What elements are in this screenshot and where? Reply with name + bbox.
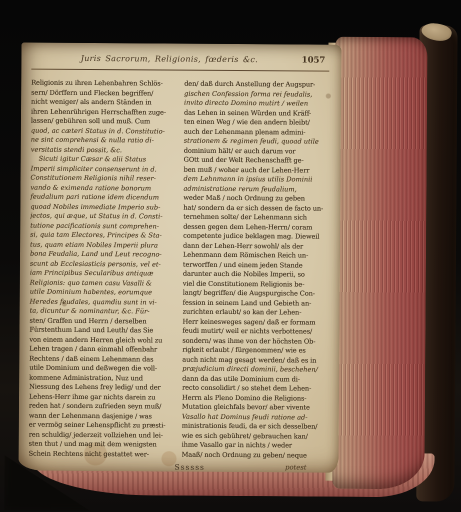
book-page: Juris Sacrorum, Religionis, fœderis &c. … (18, 43, 341, 473)
text-line: zurichten erlaubt/ so kan der Lehen- (183, 308, 327, 319)
text-line: ten einen Weg / wie den andern bleibt/ (184, 118, 328, 129)
text-line: Religionis zu ihren Lehenbahren Schlös- (31, 79, 175, 90)
text-line: Maaß/ noch Ordnung zu geben/ neque (182, 450, 326, 461)
text-line: reden hat / sondern zufrieden seyn muß/ (29, 402, 173, 413)
running-header: Juris Sacrorum, Religionis, fœderis &c. … (33, 54, 327, 68)
text-line: sten thut / und mag mit dem wenigsten (29, 440, 173, 451)
text-line: ternehmen solte/ der Lehenmann sich (183, 213, 327, 224)
text-line: Sicuti igitur Cæsar & alii Status (31, 155, 175, 166)
text-line: invito directo Domino mutirt / weilen (184, 99, 328, 110)
text-column-left: Religionis zu ihren Lehenbahren Schlös-s… (29, 79, 176, 460)
text-line: er vermög seiner Lehenspflicht zu præsti… (29, 421, 173, 432)
text-line: Fürstenthum Land und Leuth/ das Sie (29, 326, 173, 337)
header-rule (31, 69, 329, 72)
text-line: Mutation gleichfals bevor/ aber vivente (182, 403, 326, 414)
text-line: recto consolidirt / so stehet dem Lehen- (182, 384, 326, 395)
running-title: Juris Sacrorum, Religionis, fœderis &c. (67, 54, 271, 64)
text-line: bona Feudalia, Land und Leut recogno- (30, 250, 174, 261)
page-footer: Ssssss potest (174, 462, 306, 473)
text-line: den/ daß durch Anstellung der Augspur- (184, 80, 328, 91)
text-line: utile Dominium habentes, eorumque (30, 288, 174, 299)
text-line: utile Dominium und deßwegen die voll- (29, 364, 173, 375)
text-line: ministrationis feudi, da er sich desselb… (182, 422, 326, 433)
page-number: 1057 (302, 55, 326, 65)
text-line: Schein Rechtens nicht gestattet wer- (29, 449, 173, 460)
text-line: weder Maß / noch Ordnung zu geben (183, 194, 327, 205)
text-line: præjudicium directi dominii, beschehen/ (182, 365, 326, 376)
text-columns: Religionis zu ihren Lehenbahren Schlös-s… (29, 79, 329, 461)
text-line: ne sint comprehensi & nulla ratio di- (31, 136, 175, 147)
signature-mark: Ssssss (174, 462, 204, 471)
text-line: nicht weniger/ als andern Ständen in (31, 98, 175, 109)
text-line: Lehen tragen / dann einmahl offenbahr (29, 345, 173, 356)
text-line: langt/ begriffen/ die Augspurgische Con- (183, 289, 327, 300)
text-line: Constitutionem Religionis nihil reser- (31, 174, 175, 185)
catchword: potest (285, 463, 306, 471)
page-block-fore-edge (332, 37, 427, 490)
text-line: si, quia tam Electores, Principes & Sta- (30, 231, 174, 242)
text-line: dem Lehnmann in ipsius utilis Dominii (184, 175, 328, 186)
text-line: GOtt und der Welt Rechenschafft ge- (184, 156, 328, 167)
text-line: lassen/ gebühren soll und muß. Cum (31, 117, 175, 128)
text-line: strationem & regimen feudi, quoad utile (184, 137, 328, 148)
book-photo: Juris Sacrorum, Religionis, fœderis &c. … (0, 0, 461, 512)
text-line: feudalium pari ratione idem dicendum (30, 193, 174, 204)
text-line: rigkeit erlaubt / fürgenommen/ wie es (182, 346, 326, 357)
open-book: Juris Sacrorum, Religionis, fœderis &c. … (0, 0, 461, 512)
text-line: Lehenmann dem Römischen Reich un- (183, 251, 327, 262)
text-line: feudi mutirt/ weil er nichts verbottenes… (182, 327, 326, 338)
text-line: Niessung des Lehens frey ledig/ und der (29, 383, 173, 394)
text-line: iam Principibus Secularibus antiquæ (30, 269, 174, 280)
text-line: competente judice beklagen mag. Dieweil (183, 232, 327, 243)
text-column-right: den/ daß durch Anstellung der Augspur-gi… (182, 80, 329, 461)
text-line: jectos, qui æque, ut Status in d. Consti… (30, 212, 174, 223)
text-line: ihme Vasallo gar in nichts / weder (182, 441, 326, 452)
text-line: ta, dicuntur & nominantur, &c. Für- (30, 307, 174, 318)
text-line: darunter auch die Nobiles Imperii, so (183, 270, 327, 281)
